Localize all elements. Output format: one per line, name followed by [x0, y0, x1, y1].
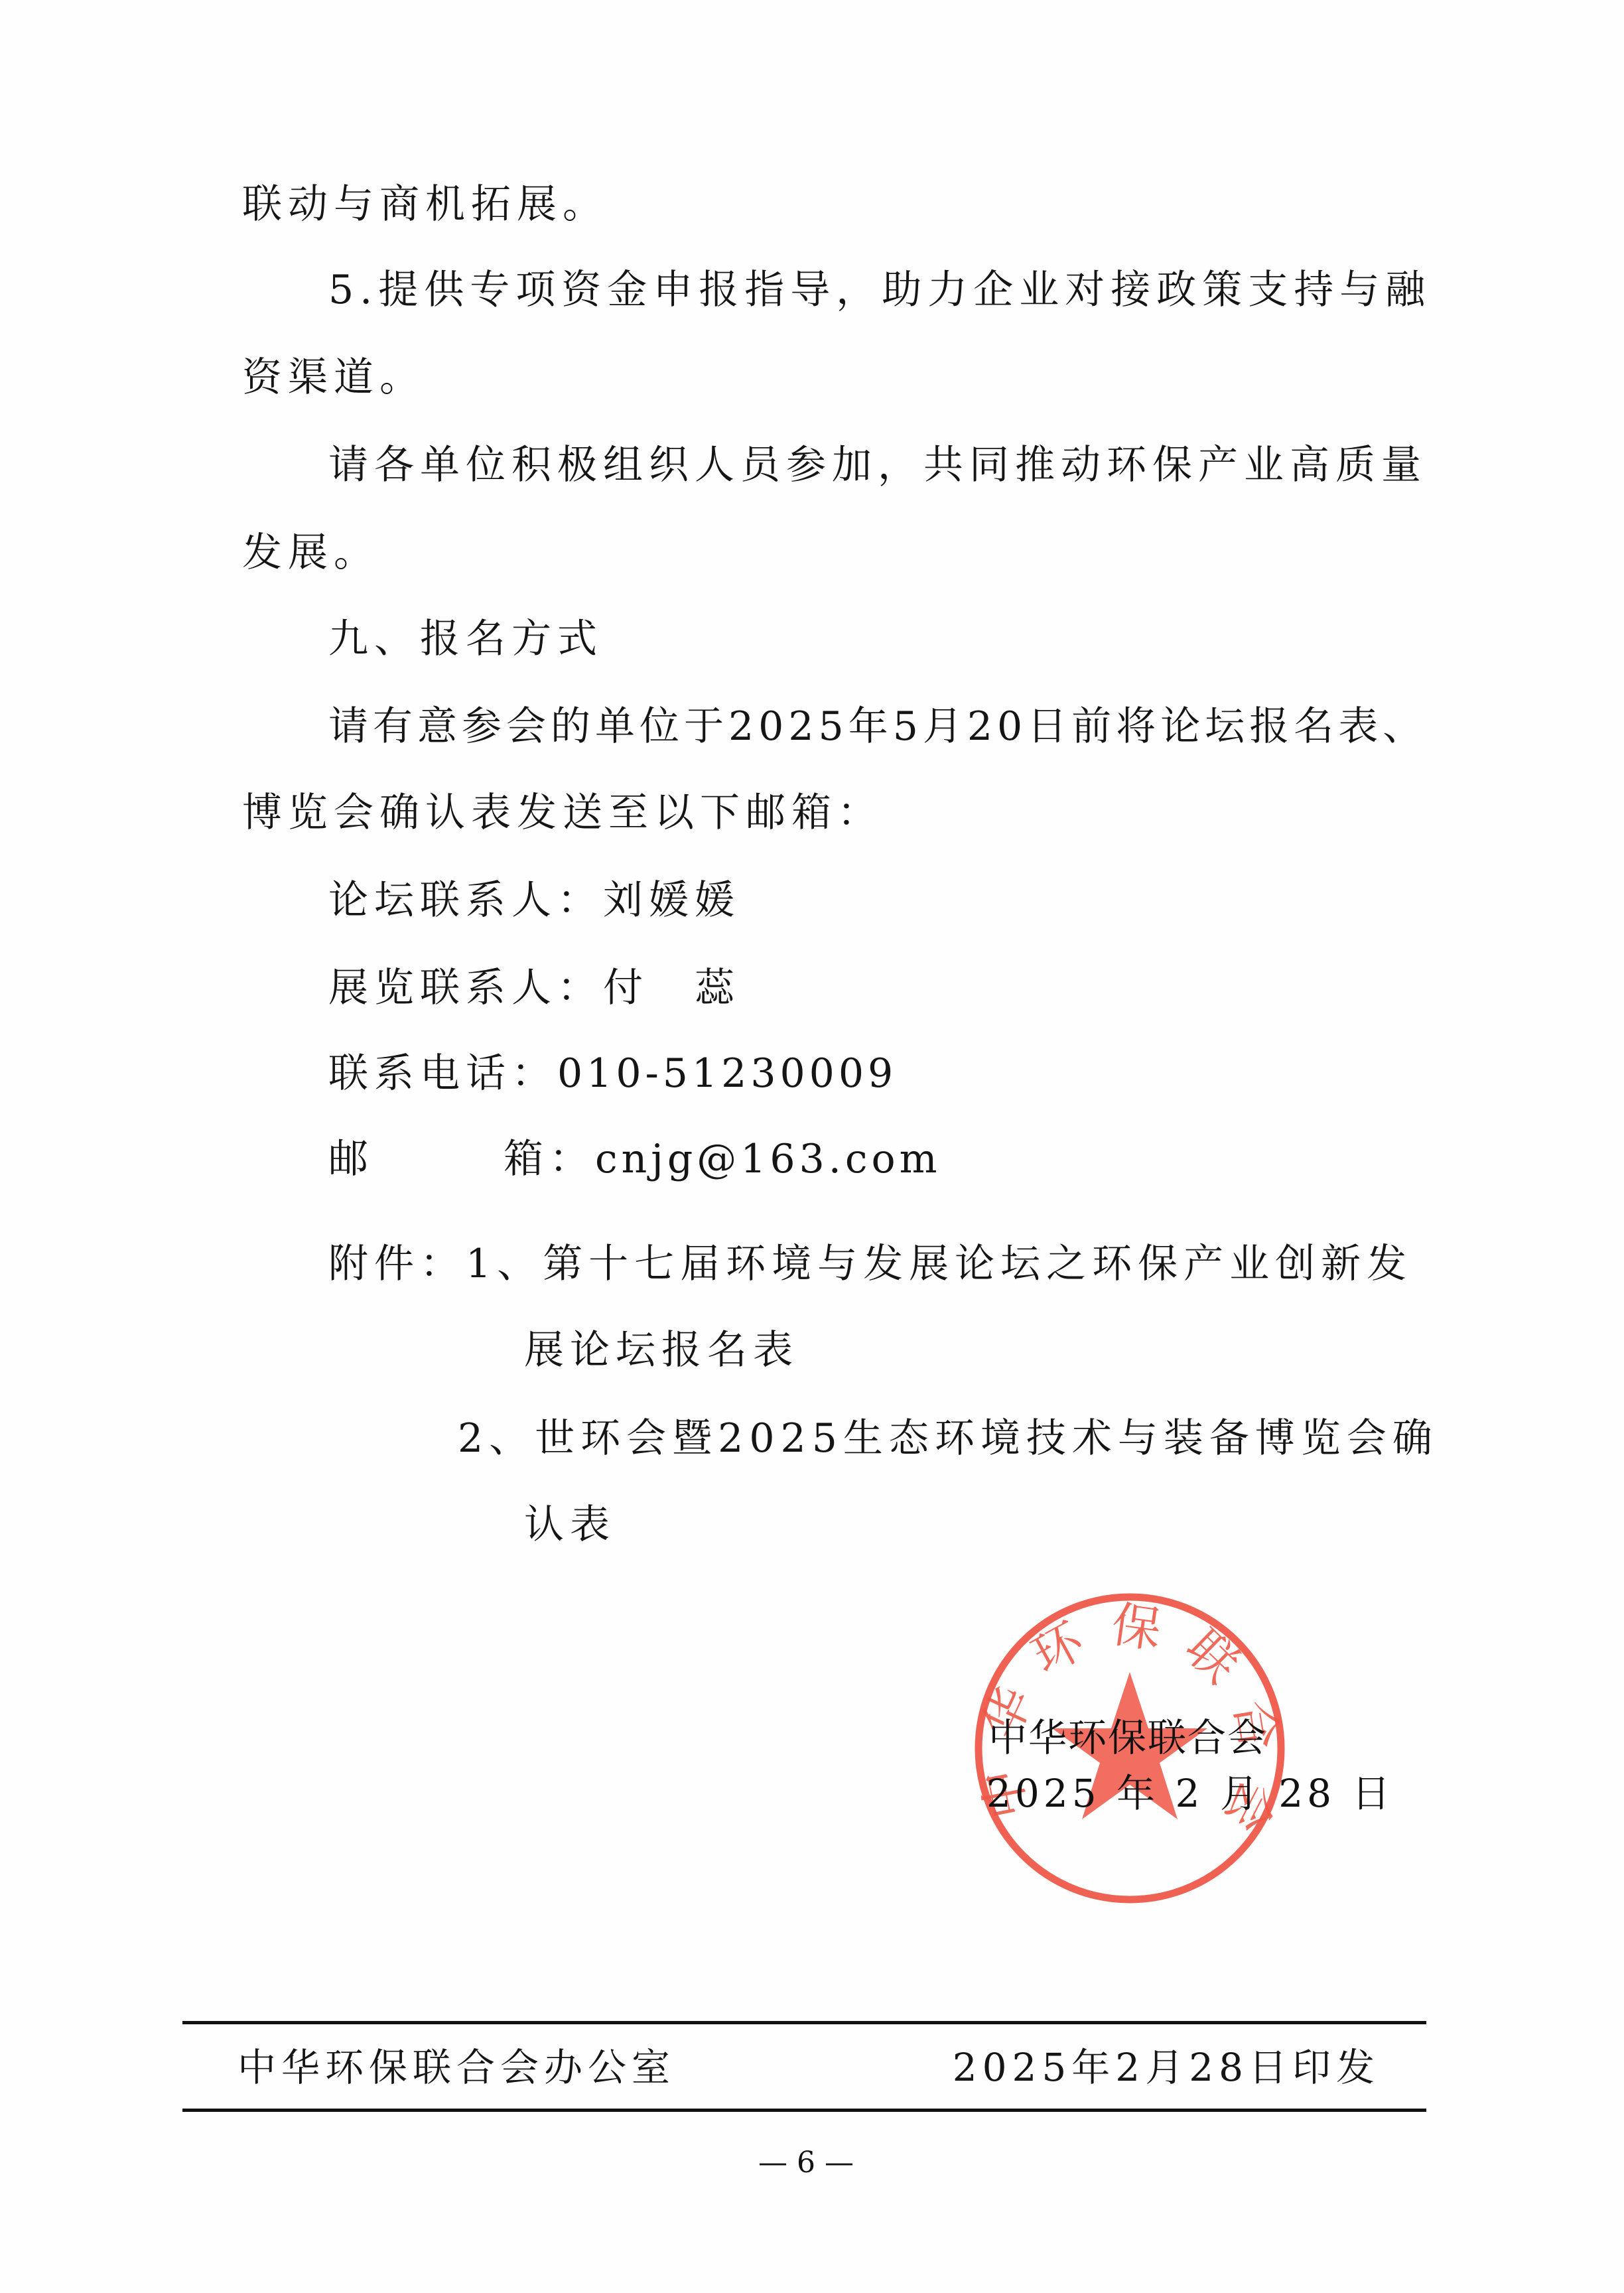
- paragraph-line: 博览会确认表发送至以下邮箱：: [242, 789, 883, 837]
- footer-top-rule: [182, 2021, 1426, 2024]
- paragraph-line: 联动与商机拓展。: [242, 180, 608, 228]
- paragraph-line: 5.提供专项资金申报指导，助力企业对接政策支持与融: [328, 266, 1431, 314]
- paragraph-line: 资渠道。: [242, 354, 425, 401]
- attachments-label: 附件：: [328, 1241, 466, 1287]
- phone-row: 联系电话：010-51230009: [328, 1050, 897, 1097]
- forum-contact-label: 论坛联系人：: [328, 876, 603, 924]
- exhibition-contact-row: 展览联系人：付 蕊: [328, 964, 740, 1012]
- page-number: — 6 —: [740, 2144, 872, 2182]
- footer-issue-date: 2025年2月28日印发: [953, 2044, 1380, 2091]
- email-label-first: 邮: [328, 1135, 374, 1183]
- attachment-title: 世环会暨2025生态环境技术与装备博览会确: [535, 1415, 1438, 1462]
- signature-date: 2025 年 2 月 28 日: [986, 1772, 1394, 1815]
- attachment-row-2: 2、世环会暨2025生态环境技术与装备博览会确: [458, 1415, 1438, 1462]
- exhibition-contact-label: 展览联系人：: [328, 964, 603, 1012]
- attachment-title: 第十七届环境与发展论坛之环保产业创新发: [543, 1241, 1412, 1287]
- footer-issuer: 中华环保联合会办公室: [237, 2044, 675, 2091]
- attachment-number: 1、: [466, 1241, 543, 1287]
- footer-bottom-rule: [182, 2109, 1426, 2112]
- email-link[interactable]: cnjg@163.com: [595, 1136, 941, 1182]
- document-page: 联动与商机拓展。 5.提供专项资金申报指导，助力企业对接政策支持与融 资渠道。 …: [0, 0, 1624, 2293]
- phone-label: 联系电话：: [328, 1050, 557, 1097]
- attachment-row-1: 附件：1、第十七届环境与发展论坛之环保产业创新发: [328, 1240, 1412, 1288]
- signature-organization: 中华环保联合会: [988, 1716, 1267, 1760]
- forum-contact-name: 刘媛媛: [603, 877, 740, 924]
- exhibition-contact-name: 付 蕊: [603, 965, 740, 1011]
- paragraph-line: 请有意参会的单位于2025年5月20日前将论坛报名表、: [328, 703, 1427, 750]
- email-row: 邮箱：cnjg@163.com: [328, 1135, 941, 1183]
- paragraph-line: 发展。: [242, 529, 379, 577]
- section-heading: 九、报名方式: [328, 615, 603, 663]
- forum-contact-row: 论坛联系人：刘媛媛: [328, 876, 740, 924]
- attachment-number: 2、: [458, 1415, 535, 1462]
- attachment-continuation: 认表: [524, 1501, 616, 1549]
- phone-value: 010-51230009: [557, 1050, 897, 1097]
- email-label-second: 箱：: [504, 1135, 595, 1183]
- attachment-continuation: 展论坛报名表: [524, 1326, 799, 1374]
- paragraph-line: 请各单位积极组织人员参加，共同推动环保产业高质量: [328, 441, 1427, 489]
